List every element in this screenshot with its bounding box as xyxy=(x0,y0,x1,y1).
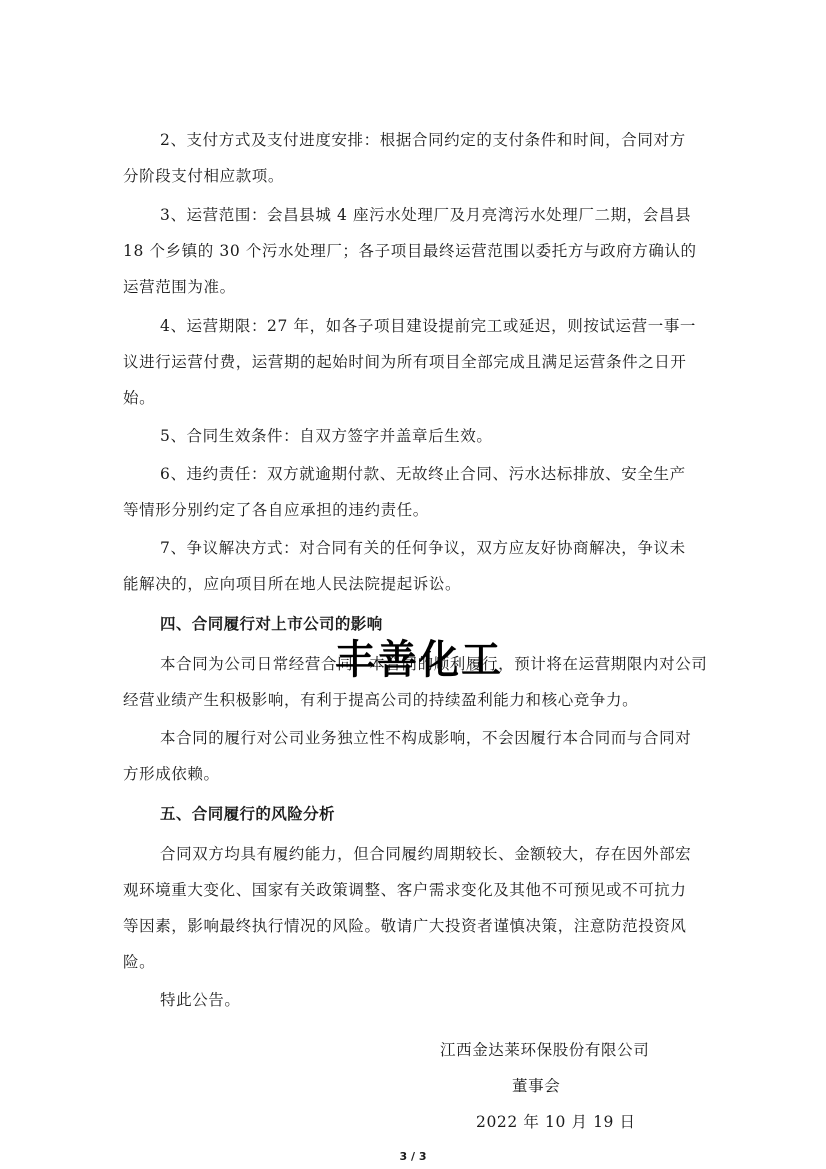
section-5-para-1-line-1: 合同双方均具有履约能力，但合同履约周期较长、金额较大，存在因外部宏 xyxy=(160,844,740,864)
section-5-para-1-line-2: 观环境重大变化、国家有关政策调整、客户需求变化及其他不可预见或不可抗力 xyxy=(123,880,703,900)
item-6-line-1: 6、违约责任：双方就逾期付款、无故终止合同、污水达标排放、安全生产 xyxy=(160,464,740,484)
item-3-line-1: 3、运营范围：会昌县城 4 座污水处理厂及月亮湾污水处理厂二期，会昌县 xyxy=(160,205,740,225)
item-4-line-1: 4、运营期限：27 年，如各子项目建设提前完工或延迟，则按试运营一事一 xyxy=(160,316,740,336)
closing-text: 特此公告。 xyxy=(160,990,740,1010)
item-6-line-2: 等情形分别约定了各自应承担的违约责任。 xyxy=(123,500,703,520)
item-2-line-2: 分阶段支付相应款项。 xyxy=(123,166,703,186)
section-4-para-2-line-2: 方形成依赖。 xyxy=(123,764,703,784)
signature-board: 董事会 xyxy=(512,1076,560,1096)
section-4-heading: 四、合同履行对上市公司的影响 xyxy=(160,614,383,634)
item-7-line-1: 7、争议解决方式：对合同有关的任何争议，双方应友好协商解决，争议未 xyxy=(160,538,740,558)
item-7-line-2: 能解决的，应向项目所在地人民法院提起诉讼。 xyxy=(123,574,703,594)
item-2-line-1: 2、支付方式及支付进度安排：根据合同约定的支付条件和时间，合同对方 xyxy=(160,130,740,150)
watermark: 丰善化工 xyxy=(335,638,503,682)
item-4-line-2: 议进行运营付费，运营期的起始时间为所有项目全部完成且满足运营条件之日开 xyxy=(123,352,703,372)
item-3-line-3: 运营范围为准。 xyxy=(123,277,703,297)
section-5-para-1-line-4: 险。 xyxy=(123,952,703,972)
document-page: 2、支付方式及支付进度安排：根据合同约定的支付条件和时间，合同对方 分阶段支付相… xyxy=(0,0,826,1169)
item-4-line-3: 始。 xyxy=(123,388,703,408)
section-4-para-1-line-2: 经营业绩产生积极影响，有利于提高公司的持续盈利能力和核心竞争力。 xyxy=(123,690,703,710)
item-5-line-1: 5、合同生效条件：自双方签字并盖章后生效。 xyxy=(160,426,740,446)
signature-company: 江西金达莱环保股份有限公司 xyxy=(440,1040,649,1060)
section-5-heading: 五、合同履行的风险分析 xyxy=(160,804,335,824)
page-number: 3 / 3 xyxy=(0,1150,826,1163)
section-4-para-2-line-1: 本合同的履行对公司业务独立性不构成影响，不会因履行本合同而与合同对 xyxy=(160,728,740,748)
signature-date: 2022 年 10 月 19 日 xyxy=(476,1112,636,1132)
section-5-para-1-line-3: 等因素，影响最终执行情况的风险。敬请广大投资者谨慎决策，注意防范投资风 xyxy=(123,916,703,936)
item-3-line-2: 18 个乡镇的 30 个污水处理厂；各子项目最终运营范围以委托方与政府方确认的 xyxy=(123,241,703,261)
